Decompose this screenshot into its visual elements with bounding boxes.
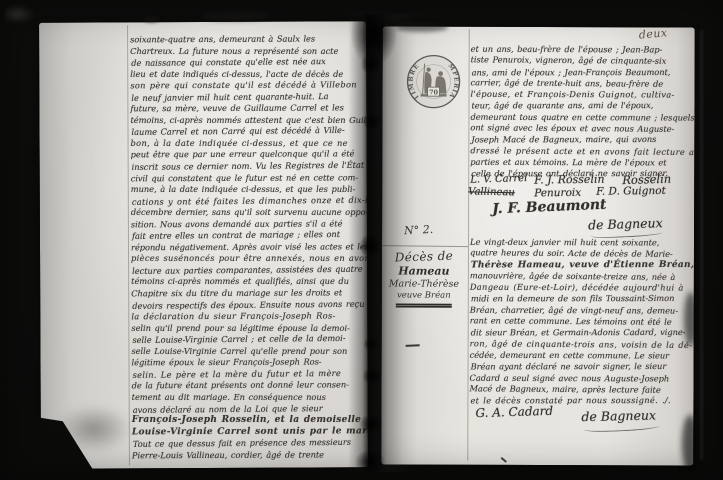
manuscript-line: le neuf janvier mil huit cent quarante-h…: [131, 90, 368, 104]
margin-annotation-surname: Hameau: [382, 264, 466, 277]
margin-dash-mark: [406, 344, 420, 347]
imperial-stamp-icon: TIMBRE IMPERIAL 70: [404, 51, 462, 115]
signature-guignot: F. D. Guignot: [596, 185, 666, 198]
manuscript-line: dressé le présent acte et en avons fait …: [470, 145, 694, 158]
signature-flourish: [583, 422, 659, 433]
margin-annotation: Décès de Hameau Marie-Thérèse veuve Bréa…: [382, 249, 466, 307]
scan-border-edge-highlight: [700, 30, 703, 460]
manuscript-line: tement au dit mariage. En conséquence no…: [132, 392, 368, 404]
manuscript-line: soixante-quatre ans, demeurant à Saulx l…: [130, 33, 368, 46]
margin-annotation-title: Décès de: [382, 248, 466, 265]
manuscript-line: selle Louise-Virginie Carrel qu'elle pre…: [131, 346, 368, 358]
marriage-record-body: soixante-quatre ans, demeurant à Saulx l…: [130, 33, 368, 461]
marriage-record-continuation: et un ans, beau-frère de l'épouse ; Jean…: [470, 44, 695, 180]
manuscript-line: inscrit sous ce dernier nom. Vu les Regi…: [132, 160, 368, 174]
manuscript-line: devoirs respectifs des époux. Ensuite no…: [132, 298, 368, 312]
manuscript-line: Chapitre six du titre du mariage sur les…: [131, 287, 368, 300]
scan-corner-speckle: [5, 4, 35, 24]
manuscript-line: Bréan ayant déclaré ne savoir signer, le…: [471, 361, 695, 373]
signature-mayor-death: de Bagneux: [581, 407, 656, 424]
stamp-value: 70: [429, 88, 439, 96]
folio-number: deux: [638, 26, 668, 41]
register-scan-background: soixante-quatre ans, demeurant à Saulx l…: [0, 0, 723, 480]
manuscript-line: Thérèse Hameau, veuve d'Étienne Bréan,: [471, 260, 695, 272]
manuscript-line: de la future étant présents ont donné le…: [132, 380, 368, 393]
signature-mayor-marriage: de Bagneux: [588, 215, 663, 232]
manuscript-line: midi en la demeure de son fils Toussaint…: [471, 293, 695, 305]
manuscript-line: de naissance qui constate qu'elle est né…: [131, 56, 368, 70]
manuscript-line: dit sieur Bréan, et Germain-Adonis Cadar…: [471, 327, 695, 339]
signature-rosselin-groom: F. J. Rosselin: [534, 173, 604, 187]
manuscript-line: selle Louise-Virginie Carrel ; et celle …: [132, 333, 368, 347]
right-page: deux TIMBRE IMPERIAL: [381, 26, 695, 465]
act-number: N° 2.: [404, 223, 434, 237]
manuscript-line: cédée, demeurant en cette commune. Le si…: [470, 350, 695, 362]
manuscript-line: lieu et date indiqués ci-dessus, l'acte …: [130, 68, 368, 80]
death-record-body: Le vingt-deux janvier mil huit cent soix…: [469, 237, 694, 407]
manuscript-line: François-Joseph Rosselin, et la demoisel…: [132, 415, 368, 427]
margin-separator-rule: [381, 245, 468, 247]
signature-vallineau: Vallineau: [468, 186, 515, 198]
manuscript-line: carrier, âgé de trente-huit ans, beau-fr…: [471, 77, 695, 90]
manuscript-line: future, sa mère, veuve de Guillaume Carr…: [130, 103, 368, 116]
manuscript-line: manouvrière, âgée de soixante-treize ans…: [470, 270, 695, 283]
ink-mark: [500, 457, 507, 463]
manuscript-line: décembre dernier, sans qu'il soit surven…: [131, 207, 368, 219]
manuscript-line: teur, âgé de quarante ans, ami de l'épou…: [471, 100, 694, 112]
margin-annotation-firstnames: Marie-Thérèse: [382, 278, 466, 289]
manuscript-line: parties et aux témoins. La mère de l'épo…: [470, 157, 694, 169]
margin-annotation-widow: veuve Bréan: [382, 290, 466, 300]
signature-carrel: L. V. Carrel: [470, 173, 527, 186]
manuscript-line: Joseph Macé de Bagneux, maire, qui avons: [471, 134, 694, 146]
manuscript-line: tiste Penuroix, vigneron, âgé de cinquan…: [471, 55, 695, 68]
margin-annotation-underline: [396, 304, 452, 308]
top-edge-smudge: [202, 11, 270, 21]
left-page: soixante-quatre ans, demeurant à Saulx l…: [39, 21, 368, 468]
manuscript-line: la déclaration du sieur François-Joseph …: [131, 310, 368, 323]
manuscript-line: bon, à la date indiquée ci-dessus, et qu…: [131, 138, 368, 150]
signature-cadard: G. A. Cadard: [475, 404, 553, 420]
manuscript-line: pièces susénoncés pour être annexés, nou…: [131, 253, 368, 265]
manuscript-line: ans, ami de l'époux ; Jean-François Beau…: [472, 67, 695, 79]
manuscript-line: selin. Le père et la mère du futur et la…: [133, 367, 368, 381]
manuscript-line: ron, âgé de cinquante-trois ans, voisin …: [470, 338, 695, 351]
signature-beaumont: J. F. Beaumont: [492, 197, 607, 218]
manuscript-line: civil qui constatent que le futur est né…: [131, 172, 368, 185]
manuscript-line: Pierre-Louis Vallineau, cordier, âgé de …: [132, 449, 368, 462]
manuscript-line: laume Carrel et non Carré qui est décédé…: [131, 125, 368, 139]
manuscript-line: Tout ce que dessus fait en présence des …: [133, 437, 368, 451]
manuscript-line: témoins ci-après nommés et qualifiés, ai…: [131, 276, 368, 288]
manuscript-line: quatre heures du soir. Acte de décès de …: [470, 248, 695, 261]
manuscript-line: mune, à la date indiquée ci-dessus, et q…: [131, 184, 368, 196]
